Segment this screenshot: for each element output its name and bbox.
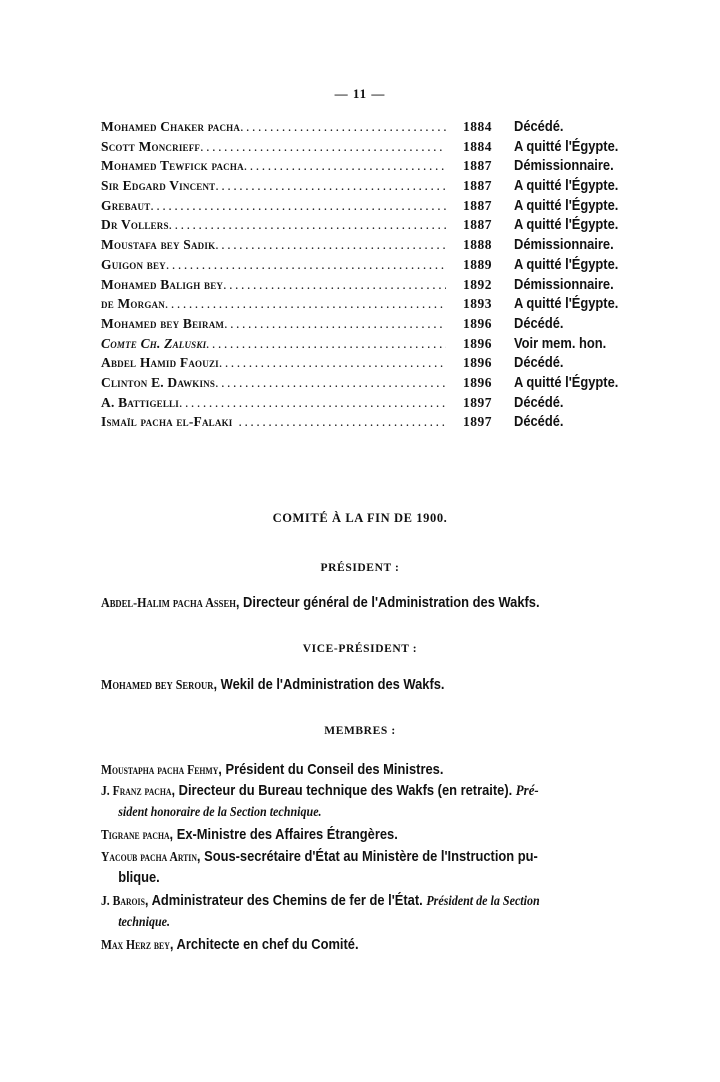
list-item: Mohamed Chaker pacha....................… <box>101 117 661 137</box>
leader-dots: ........................................… <box>240 119 446 134</box>
member-name: Yacoub pacha Artin <box>101 849 197 864</box>
member-status: A quitté l'Égypte. <box>514 176 618 196</box>
member-entry: Max Herz bey, Architecte en chef du Comi… <box>101 934 634 955</box>
member-entry: Tigrane pacha, Ex-Ministre des Affaires … <box>101 824 634 845</box>
member-status: A quitté l'Égypte. <box>514 294 618 314</box>
list-item: Dr Vollers..............................… <box>101 215 661 235</box>
member-name: Comte Ch. Zaluski <box>101 336 206 351</box>
leader-dots: ........................................… <box>215 178 446 193</box>
member-continuation: technique. <box>101 912 634 933</box>
list-item: de Morgan...............................… <box>101 294 661 314</box>
member-status: Décédé. <box>514 314 563 334</box>
member-year: 1887 <box>463 156 492 176</box>
member-name: de Morgan <box>101 296 165 311</box>
list-item: A. Battigelli...........................… <box>101 393 661 413</box>
member-name: Dr Vollers <box>101 217 169 232</box>
president-name: Abdel-Halim pacha Asseh <box>101 596 236 611</box>
member-name: J. Franz pacha <box>101 783 171 798</box>
member-name: Ismaïl pacha el-Falaki <box>101 414 233 429</box>
leader-dots: ........................................… <box>244 158 446 173</box>
leader-dots: ........................................… <box>215 237 446 252</box>
member-name: Moustafa bey Sadik <box>101 237 215 252</box>
member-year: 1888 <box>463 235 492 255</box>
former-members-list: Mohamed Chaker pacha....................… <box>101 117 661 432</box>
list-item: Mohamed bey Beiram......................… <box>101 314 661 334</box>
member-year: 1892 <box>463 275 492 295</box>
member-role: , Sous-secrétaire d'État au Ministère de… <box>197 848 538 865</box>
member-status: Démissionnaire. <box>514 275 614 295</box>
member-role: , Administrateur des Chemins de fer de l… <box>145 892 426 909</box>
page-number: — 11 — <box>0 86 720 102</box>
member-name: Max Herz bey <box>101 937 170 952</box>
leader-dots: ........................................… <box>215 375 446 390</box>
member-continuation: sident honoraire de la Section technique… <box>101 802 634 823</box>
member-year: 1887 <box>463 215 492 235</box>
member-name: J. Barois <box>101 893 145 908</box>
member-status: A quitté l'Égypte. <box>514 215 618 235</box>
member-year: 1893 <box>463 294 492 314</box>
member-name: Mohamed bey Beiram <box>101 316 224 331</box>
member-status: Démissionnaire. <box>514 235 614 255</box>
member-note: Président de la Section <box>426 894 539 909</box>
member-name: Mohamed Chaker pacha <box>101 119 240 134</box>
member-year: 1887 <box>463 176 492 196</box>
leader-dots: ........................................… <box>233 414 447 429</box>
member-name: Grebaut <box>101 198 150 213</box>
member-status: A quitté l'Égypte. <box>514 196 618 216</box>
member-year: 1896 <box>463 314 492 334</box>
member-entry: Yacoub pacha Artin, Sous-secrétaire d'Ét… <box>101 846 634 888</box>
member-status: Décédé. <box>514 412 563 432</box>
member-year: 1887 <box>463 196 492 216</box>
member-year: 1884 <box>463 137 492 157</box>
leader-dots: ........................................… <box>206 336 446 351</box>
member-entry: J. Barois, Administrateur des Chemins de… <box>101 890 634 933</box>
member-status: Décédé. <box>514 393 563 413</box>
vice-president-role: , Wekil de l'Administration des Wakfs. <box>213 676 444 693</box>
member-name: Guigon bey <box>101 257 166 272</box>
leader-dots: ........................................… <box>224 316 446 331</box>
members-heading: MEMBRES : <box>0 725 720 737</box>
member-status: Décédé. <box>514 117 563 137</box>
president-role: , Directeur général de l'Administration … <box>236 594 540 611</box>
member-entry: J. Franz pacha, Directeur du Bureau tech… <box>101 780 634 823</box>
member-status: A quitté l'Égypte. <box>514 373 618 393</box>
leader-dots: ........................................… <box>150 198 446 213</box>
president-entry: Abdel-Halim pacha Asseh, Directeur génér… <box>101 593 565 614</box>
member-status: A quitté l'Égypte. <box>514 137 618 157</box>
list-item: Mohamed Tewfick pacha...................… <box>101 156 661 176</box>
member-name: Tigrane pacha <box>101 827 170 842</box>
leader-dots: ........................................… <box>179 395 446 410</box>
member-year: 1896 <box>463 373 492 393</box>
member-role: , Ex-Ministre des Affaires Étrangères. <box>170 826 398 843</box>
leader-dots: ........................................… <box>166 257 446 272</box>
member-status: Démissionnaire. <box>514 156 614 176</box>
member-continuation: blique. <box>101 867 634 888</box>
list-item: Sir Edgard Vincent......................… <box>101 176 661 196</box>
leader-dots: ........................................… <box>219 355 446 370</box>
member-year: 1889 <box>463 255 492 275</box>
list-item: Mohamed Baligh bey......................… <box>101 275 661 295</box>
member-year: 1897 <box>463 412 492 432</box>
list-item: Abdel Hamid Faouzi......................… <box>101 353 661 373</box>
leader-dots: ........................................… <box>165 296 446 311</box>
member-role: , Directeur du Bureau technique des Wakf… <box>171 782 515 799</box>
member-name: A. Battigelli <box>101 395 179 410</box>
list-item: Moustafa bey Sadik......................… <box>101 235 661 255</box>
leader-dots: ........................................… <box>200 139 446 154</box>
member-year: 1897 <box>463 393 492 413</box>
member-role: , Architecte en chef du Comité. <box>170 936 359 953</box>
member-name: Abdel Hamid Faouzi <box>101 355 219 370</box>
list-item: Guigon bey..............................… <box>101 255 661 275</box>
member-name: Mohamed Baligh bey <box>101 277 223 292</box>
member-year: 1896 <box>463 353 492 373</box>
vice-president-entry: Mohamed bey Serour, Wekil de l'Administr… <box>101 675 565 696</box>
vice-president-heading: VICE-PRÉSIDENT : <box>0 643 720 655</box>
leader-dots: ........................................… <box>169 217 446 232</box>
member-name: Mohamed Tewfick pacha <box>101 158 244 173</box>
member-name: Clinton E. Dawkins <box>101 375 215 390</box>
member-status: Décédé. <box>514 353 563 373</box>
member-note: Pré- <box>516 783 539 799</box>
member-year: 1896 <box>463 334 492 354</box>
committee-title: COMITÉ À LA FIN DE 1900. <box>0 511 720 526</box>
member-status: Voir mem. hon. <box>514 334 606 354</box>
member-name: Scott Moncrieff <box>101 139 200 154</box>
member-year: 1884 <box>463 117 492 137</box>
list-item: Comte Ch. Zaluski.......................… <box>101 334 661 354</box>
member-status: A quitté l'Égypte. <box>514 255 618 275</box>
list-item: Scott Moncrieff.........................… <box>101 137 661 157</box>
member-role: , Président du Conseil des Ministres. <box>218 761 443 778</box>
leader-dots: ........................................… <box>223 277 446 292</box>
list-item: Ismaïl pacha el-Falaki .................… <box>101 412 661 432</box>
member-entry: Moustapha pacha Fehmy, Président du Cons… <box>101 759 634 780</box>
member-name: Sir Edgard Vincent <box>101 178 215 193</box>
list-item: Clinton E. Dawkins......................… <box>101 373 661 393</box>
list-item: Grebaut.................................… <box>101 196 661 216</box>
president-heading: PRÉSIDENT : <box>0 562 720 574</box>
member-name: Moustapha pacha Fehmy <box>101 762 218 777</box>
vice-president-name: Mohamed bey Serour <box>101 678 213 693</box>
